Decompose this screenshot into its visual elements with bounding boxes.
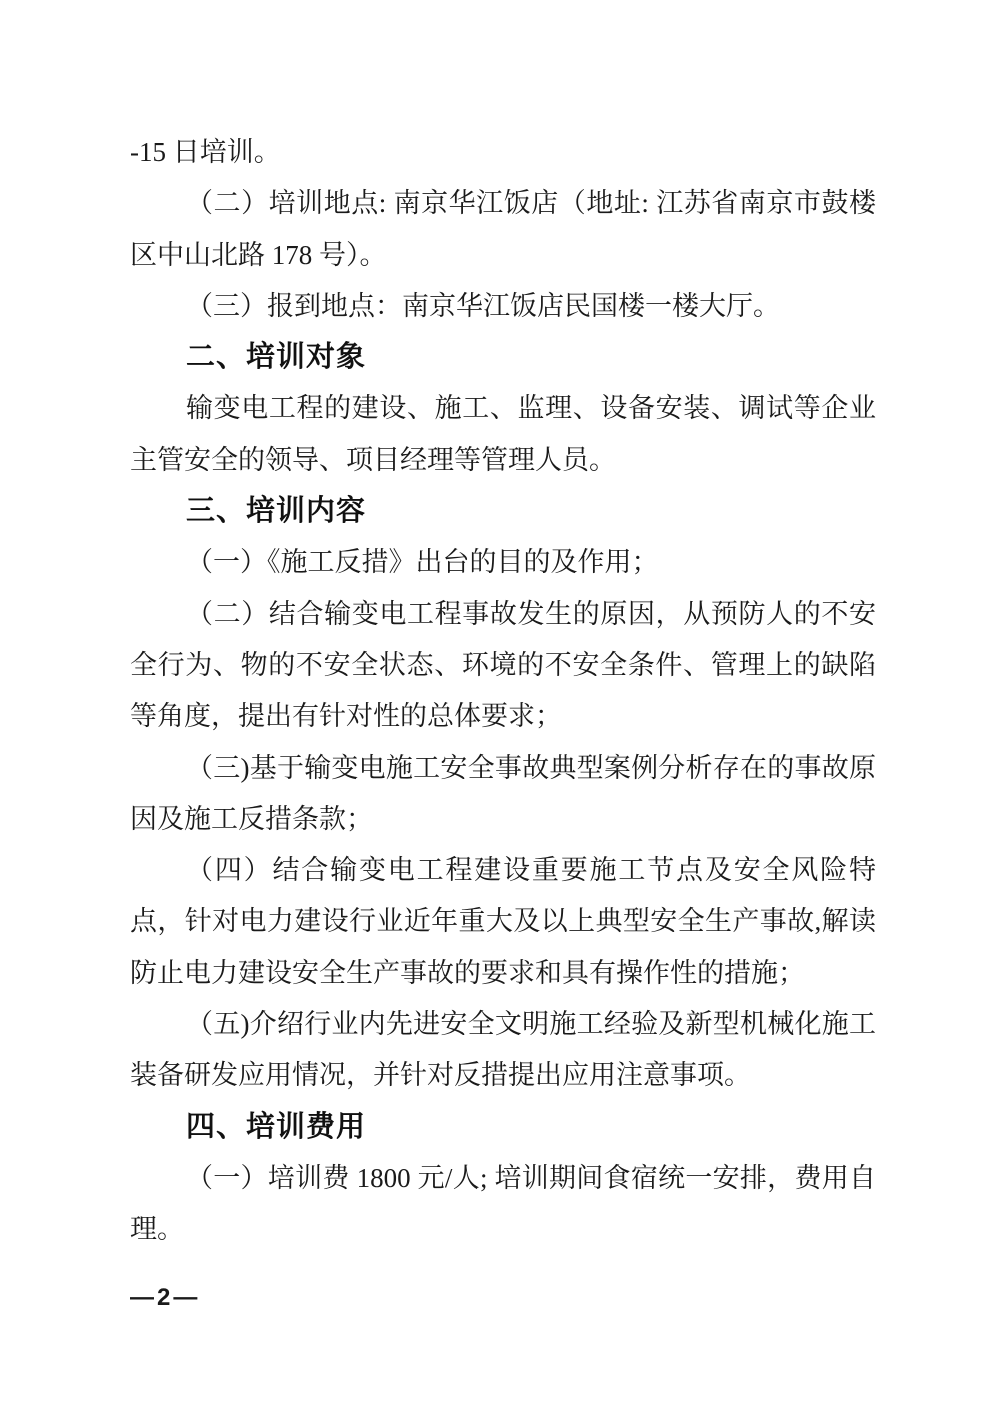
paragraph-content-item-1: （一）《施工反措》出台的目的及作用；: [130, 537, 876, 588]
section-heading-training-fee: 四、培训费用: [130, 1102, 876, 1153]
paragraph-fee-item-1: （一）培训费 1800 元/人; 培训期间食宿统一安排，费用自理。: [130, 1153, 876, 1256]
paragraph-content-item-5: （五)介绍行业内先进安全文明施工经验及新型机械化施工装备研发应用情况，并针对反措…: [130, 999, 876, 1102]
paragraph-continuation: -15 日培训。: [130, 127, 876, 178]
paragraph-content-item-2: （二）结合输变电工程事故发生的原因，从预防人的不安全行为、物的不安全状态、环境的…: [130, 589, 876, 743]
document-body: -15 日培训。 （二）培训地点: 南京华江饭店（地址: 江苏省南京市鼓楼区中山…: [130, 127, 876, 1256]
section-heading-training-content: 三、培训内容: [130, 486, 876, 537]
paragraph-content-item-3: （三)基于输变电施工安全事故典型案例分析存在的事故原因及施工反措条款；: [130, 743, 876, 846]
paragraph-training-location: （二）培训地点: 南京华江饭店（地址: 江苏省南京市鼓楼区中山北路 178 号）…: [130, 178, 876, 281]
paragraph-training-targets: 输变电工程的建设、施工、监理、设备安装、调试等企业主管安全的领导、项目经理等管理…: [130, 383, 876, 486]
paragraph-checkin-location: （三）报到地点：南京华江饭店民国楼一楼大厅。: [130, 281, 876, 332]
document-page: -15 日培训。 （二）培训地点: 南京华江饭店（地址: 江苏省南京市鼓楼区中山…: [0, 0, 992, 1403]
section-heading-training-targets: 二、培训对象: [130, 332, 876, 383]
page-number: —2—: [130, 1284, 200, 1312]
paragraph-content-item-4: （四）结合输变电工程建设重要施工节点及安全风险特点，针对电力建设行业近年重大及以…: [130, 845, 876, 999]
